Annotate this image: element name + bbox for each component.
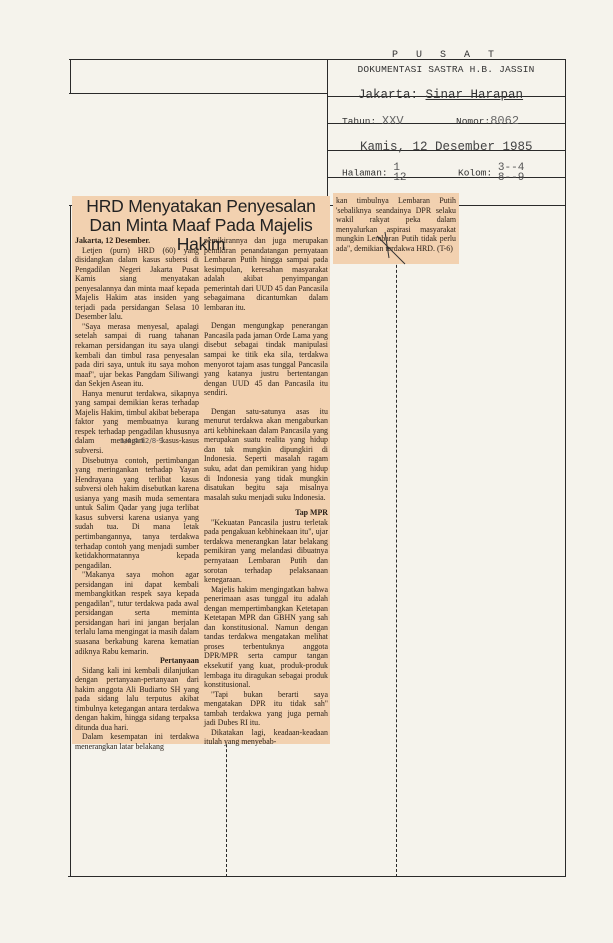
paragraph: Dikatakan lagi, keadaan-keadaan itulah y… — [204, 728, 328, 747]
paragraph: Hanya menurut terdakwa, sikapnya yang sa… — [75, 389, 199, 456]
subheading-pertanyaan: Pertanyaan — [75, 656, 199, 666]
halaman-values: 112 — [393, 163, 406, 183]
publication-date: Kamis, 12 Desember 1985 — [360, 140, 533, 154]
paragraph: Dengan mengungkap penerangan Pancasila p… — [204, 321, 328, 397]
tahun-value: XXV — [382, 114, 404, 128]
paragraph: Letjen (purn) HRD (60) yang disidangkan … — [75, 246, 199, 322]
kolom-field: Kolom: 3--48--9 — [458, 163, 524, 183]
paragraph: "Kekuatan Pancasila justru terletak pada… — [204, 518, 328, 585]
frame-right-edge — [565, 59, 566, 876]
frame-left-edge — [70, 205, 71, 877]
tahun-label: Tahun: — [342, 116, 376, 127]
halaman-field: Halaman: 112 — [342, 163, 407, 183]
archive-title-line1: P U S A T — [328, 50, 564, 61]
paragraph: Dalam kesempatan ini terdakwa menerangka… — [75, 732, 199, 751]
paragraph: Dengan satu-satunya asas itu menurut ter… — [204, 407, 328, 502]
paragraph: "Makanya saya mohon agar persidangan ini… — [75, 570, 199, 656]
handwritten-note: 1/4-4 12/8-9 — [120, 437, 163, 445]
header-divider — [327, 59, 328, 206]
header-left-box-edge — [70, 59, 71, 93]
paragraph: "Saya merasa menyesal, apalagi setelah s… — [75, 322, 199, 389]
paragraph: Disebutnya contoh, pertimbangan yang mer… — [75, 456, 199, 571]
pen-stroke-icon — [375, 228, 415, 268]
paragraph: Sidang kali ini kembali dilanjutkan deng… — [75, 666, 199, 733]
paragraph: pemikirannya dan juga merupakan pemikira… — [204, 236, 328, 312]
nomor-value: 8062 — [490, 114, 519, 128]
frame-bottom-rule — [68, 876, 566, 877]
dateline: Jakarta, 12 Desember. — [75, 236, 199, 246]
nomor-field: Nomor:8062 — [456, 114, 519, 128]
nomor-label: Nomor: — [456, 116, 490, 127]
paragraph: Majelis hakim mengingatkan bahwa penerim… — [204, 585, 328, 690]
halaman-label: Halaman: — [342, 168, 388, 179]
city-label: Jakarta: — [358, 88, 418, 102]
tahun-field: Tahun: XXV — [342, 114, 404, 128]
subheading-tap-mpr: Tap MPR — [204, 508, 328, 518]
newspaper-name: Sinar Harapan — [426, 88, 524, 102]
source-line: Jakarta: Sinar Harapan — [358, 88, 523, 102]
article-column-1: Jakarta, 12 Desember. Letjen (purn) HRD … — [75, 236, 199, 752]
article-column-2: pemikirannya dan juga merupakan pemikira… — [204, 236, 328, 747]
kolom-values: 3--48--9 — [498, 163, 524, 183]
column-guide-2 — [396, 205, 397, 877]
archive-title-line2: DOKUMENTASI SASTRA H.B. JASSIN — [328, 64, 564, 75]
paragraph: "Tapi bukan berarti saya mengatakan DPR … — [204, 690, 328, 728]
header-left-bottom-rule — [69, 93, 327, 94]
kolom-label: Kolom: — [458, 168, 492, 179]
